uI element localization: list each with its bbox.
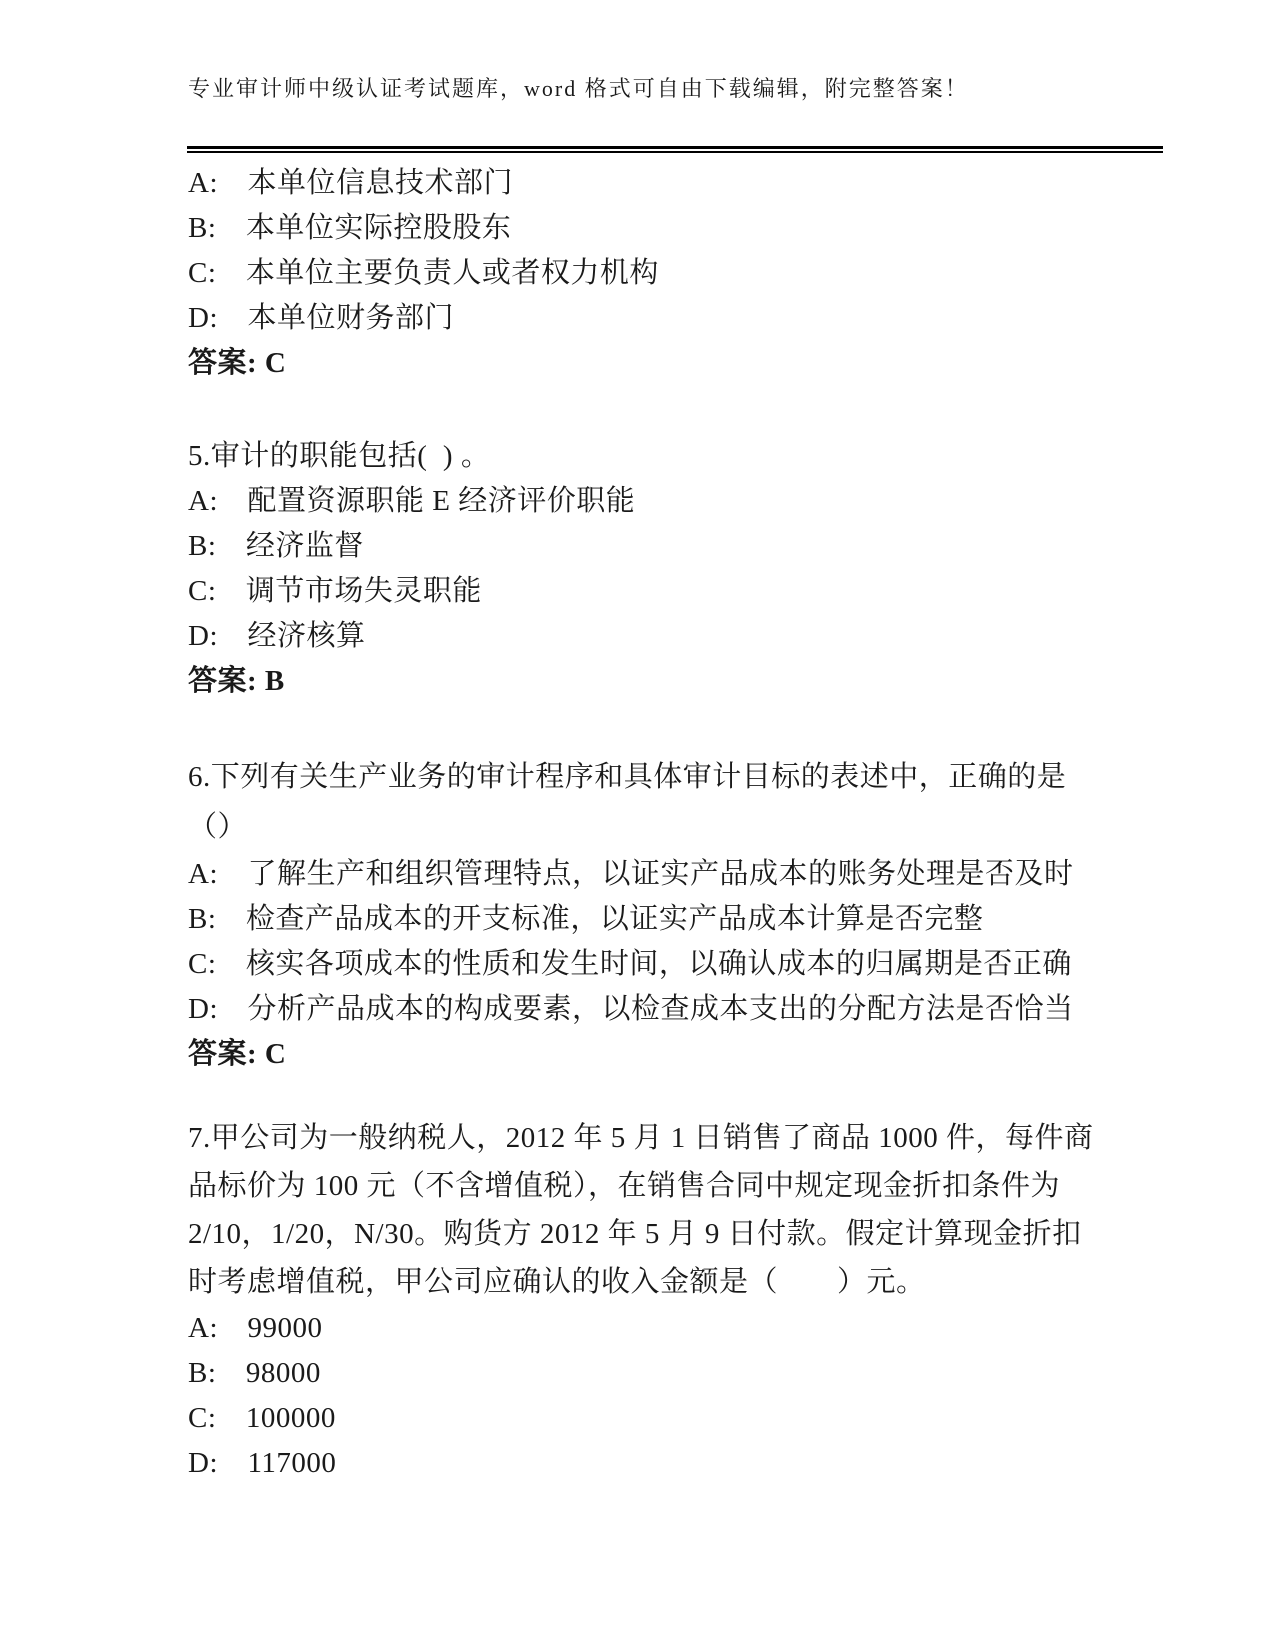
question-7-title-line-4: 时考虑增值税，甲公司应确认的收入金额是（ ）元。 bbox=[188, 1258, 1178, 1306]
question-7-title-line-2: 品标价为 100 元（不含增值税），在销售合同中规定现金折扣条件为 bbox=[188, 1162, 1178, 1210]
question-4-option-d: D: 本单位财务部门 bbox=[188, 296, 1178, 341]
question-5-answer: 答案: B bbox=[188, 659, 1178, 704]
question-7-option-b: B: 98000 bbox=[188, 1351, 1178, 1396]
question-6-option-b: B: 检查产品成本的开支标准，以证实产品成本计算是否完整 bbox=[188, 897, 1178, 942]
header-divider bbox=[187, 146, 1163, 153]
question-6-option-c: C: 核实各项成本的性质和发生时间，以确认成本的归属期是否正确 bbox=[188, 942, 1178, 987]
question-7-block: 7.甲公司为一般纳税人，2012 年 5 月 1 日销售了商品 1000 件，每… bbox=[188, 1114, 1178, 1486]
question-6-title-line-2: （） bbox=[188, 802, 1178, 852]
question-5-option-b: B: 经济监督 bbox=[188, 524, 1178, 569]
question-7-title-line-1: 7.甲公司为一般纳税人，2012 年 5 月 1 日销售了商品 1000 件，每… bbox=[188, 1114, 1178, 1162]
question-7-title-line-3: 2/10，1/20，N/30。购货方 2012 年 5 月 9 日付款。假定计算… bbox=[188, 1210, 1178, 1258]
question-4-answer: 答案: C bbox=[188, 341, 1178, 386]
question-6-block: 6.下列有关生产业务的审计程序和具体审计目标的表述中，正确的是 （） A: 了解… bbox=[188, 752, 1178, 1077]
question-7-option-c: C: 100000 bbox=[188, 1396, 1178, 1441]
question-4-option-a: A: 本单位信息技术部门 bbox=[188, 161, 1178, 206]
document-body: A: 本单位信息技术部门 B: 本单位实际控股股东 C: 本单位主要负责人或者权… bbox=[188, 161, 1178, 1486]
question-5-option-d: D: 经济核算 bbox=[188, 614, 1178, 659]
exam-document-page: 专业审计师中级认证考试题库，word 格式可自由下载编辑，附完整答案！ A: 本… bbox=[0, 0, 1275, 1650]
question-5-block: 5.审计的职能包括( ) 。 A: 配置资源职能 E 经济评价职能 B: 经济监… bbox=[188, 434, 1178, 704]
question-4-option-c: C: 本单位主要负责人或者权力机构 bbox=[188, 251, 1178, 296]
question-6-title-line-1: 6.下列有关生产业务的审计程序和具体审计目标的表述中，正确的是 bbox=[188, 752, 1178, 802]
question-6-option-a: A: 了解生产和组织管理特点，以证实产品成本的账务处理是否及时 bbox=[188, 852, 1178, 897]
question-4-option-b: B: 本单位实际控股股东 bbox=[188, 206, 1178, 251]
page-header-title: 专业审计师中级认证考试题库，word 格式可自由下载编辑，附完整答案！ bbox=[188, 72, 969, 103]
question-5-option-a: A: 配置资源职能 E 经济评价职能 bbox=[188, 479, 1178, 524]
question-7-option-d: D: 117000 bbox=[188, 1441, 1178, 1486]
question-4-options-block: A: 本单位信息技术部门 B: 本单位实际控股股东 C: 本单位主要负责人或者权… bbox=[188, 161, 1178, 386]
question-6-answer: 答案: C bbox=[188, 1032, 1178, 1077]
question-6-option-d: D: 分析产品成本的构成要素，以检查成本支出的分配方法是否恰当 bbox=[188, 987, 1178, 1032]
question-7-option-a: A: 99000 bbox=[188, 1306, 1178, 1351]
question-5-title: 5.审计的职能包括( ) 。 bbox=[188, 434, 1178, 479]
question-5-option-c: C: 调节市场失灵职能 bbox=[188, 569, 1178, 614]
